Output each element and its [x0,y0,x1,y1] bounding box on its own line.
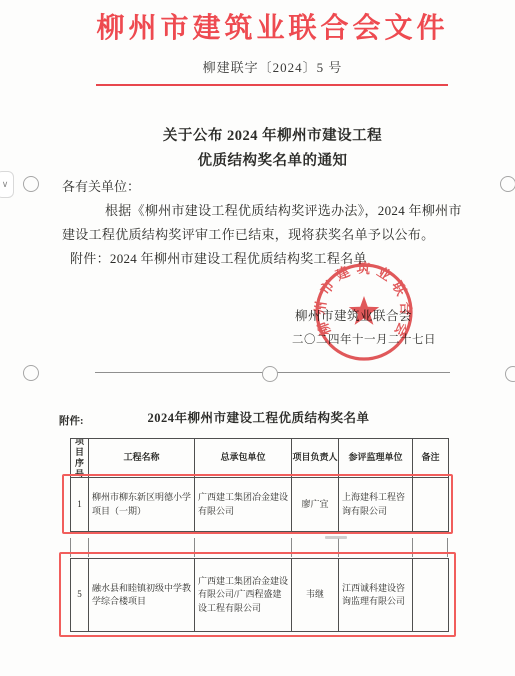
punch-hole-left-middle [23,365,39,381]
notice-title-line2: 优质结构奖名单的通知 [30,149,515,170]
table-column-stub [70,538,71,557]
award-table-lower: 5 融水县和睦镇初级中学教学综合楼项目 广西建工集团冶金建设有限公司/广西程盛建… [70,558,449,632]
row1-project-no: 1 [71,478,89,531]
col-header-project-no: 项目序号 [71,439,89,478]
col-header-manager: 项目负责人 [292,439,339,478]
row1-supervisor: 上海建科工程咨询有限公司 [339,478,413,531]
table-column-stub [338,538,339,557]
letterhead-rule [96,84,448,86]
col-header-remark: 备注 [413,439,448,478]
document-number: 柳建联字〔2024〕5 号 [30,57,515,76]
table-column-stub [412,538,413,557]
award-table-upper: 项目序号 工程名称 总承包单位 项目负责人 参评监理单位 备注 1 柳州市柳东新… [70,438,449,532]
col-header-supervisor: 参评监理单位 [339,439,413,478]
attachment-table-title: 2024年柳州市建设工程优质结构奖名单 [70,408,447,426]
notice-title-line1: 关于公布 2024 年柳州市建设工程 [30,124,515,145]
row5-project-no: 5 [71,559,89,631]
row1-manager: 廖广宜 [292,478,339,531]
official-seal-icon: 柳州市建筑业联合会 [308,256,420,368]
body-paragraph-line2: 建设工程优质结构奖评审工作已结束，现将获奖名单予以公布。 [62,224,434,243]
chevron-down-icon: ∨ [2,180,9,190]
punch-hole-center [262,366,278,382]
row5-manager: 韦继 [292,559,339,631]
scanned-document-page: ∨ 柳州市建筑业联合会文件 柳建联字〔2024〕5 号 关于公布 2024 年柳… [0,0,515,676]
punch-hole-right-middle [505,366,515,382]
punch-hole-left-top [23,176,39,192]
row1-project: 柳州市柳东新区明德小学项目（一期） [89,478,195,531]
seal-star-icon [349,296,379,325]
row5-supervisor: 江西诚科建设咨询监理有限公司 [339,559,413,631]
salutation: 各有关单位： [62,176,140,195]
letterhead-title: 柳州市建筑业联合会文件 [30,12,515,46]
table-column-stub [194,538,195,557]
row5-contractor: 广西建工集团冶金建设有限公司/广西程盛建设工程有限公司 [195,559,292,631]
collapse-button[interactable]: ∨ [0,171,14,198]
scan-artifact [325,536,347,539]
punch-hole-right-top [500,176,515,192]
row1-contractor: 广西建工集团冶金建设有限公司 [195,478,292,531]
table-column-stub [88,538,89,557]
row1-remark [413,478,448,531]
col-header-contractor: 总承包单位 [195,439,292,478]
body-paragraph-line1: 根据《柳州市建设工程优质结构奖评选办法》，2024 年柳州市 [105,200,462,219]
col-header-project: 工程名称 [89,439,195,478]
row5-remark [413,559,448,631]
row5-project: 融水县和睦镇初级中学教学综合楼项目 [89,559,195,631]
table-column-stub [447,538,448,557]
table-column-stub [291,538,292,557]
